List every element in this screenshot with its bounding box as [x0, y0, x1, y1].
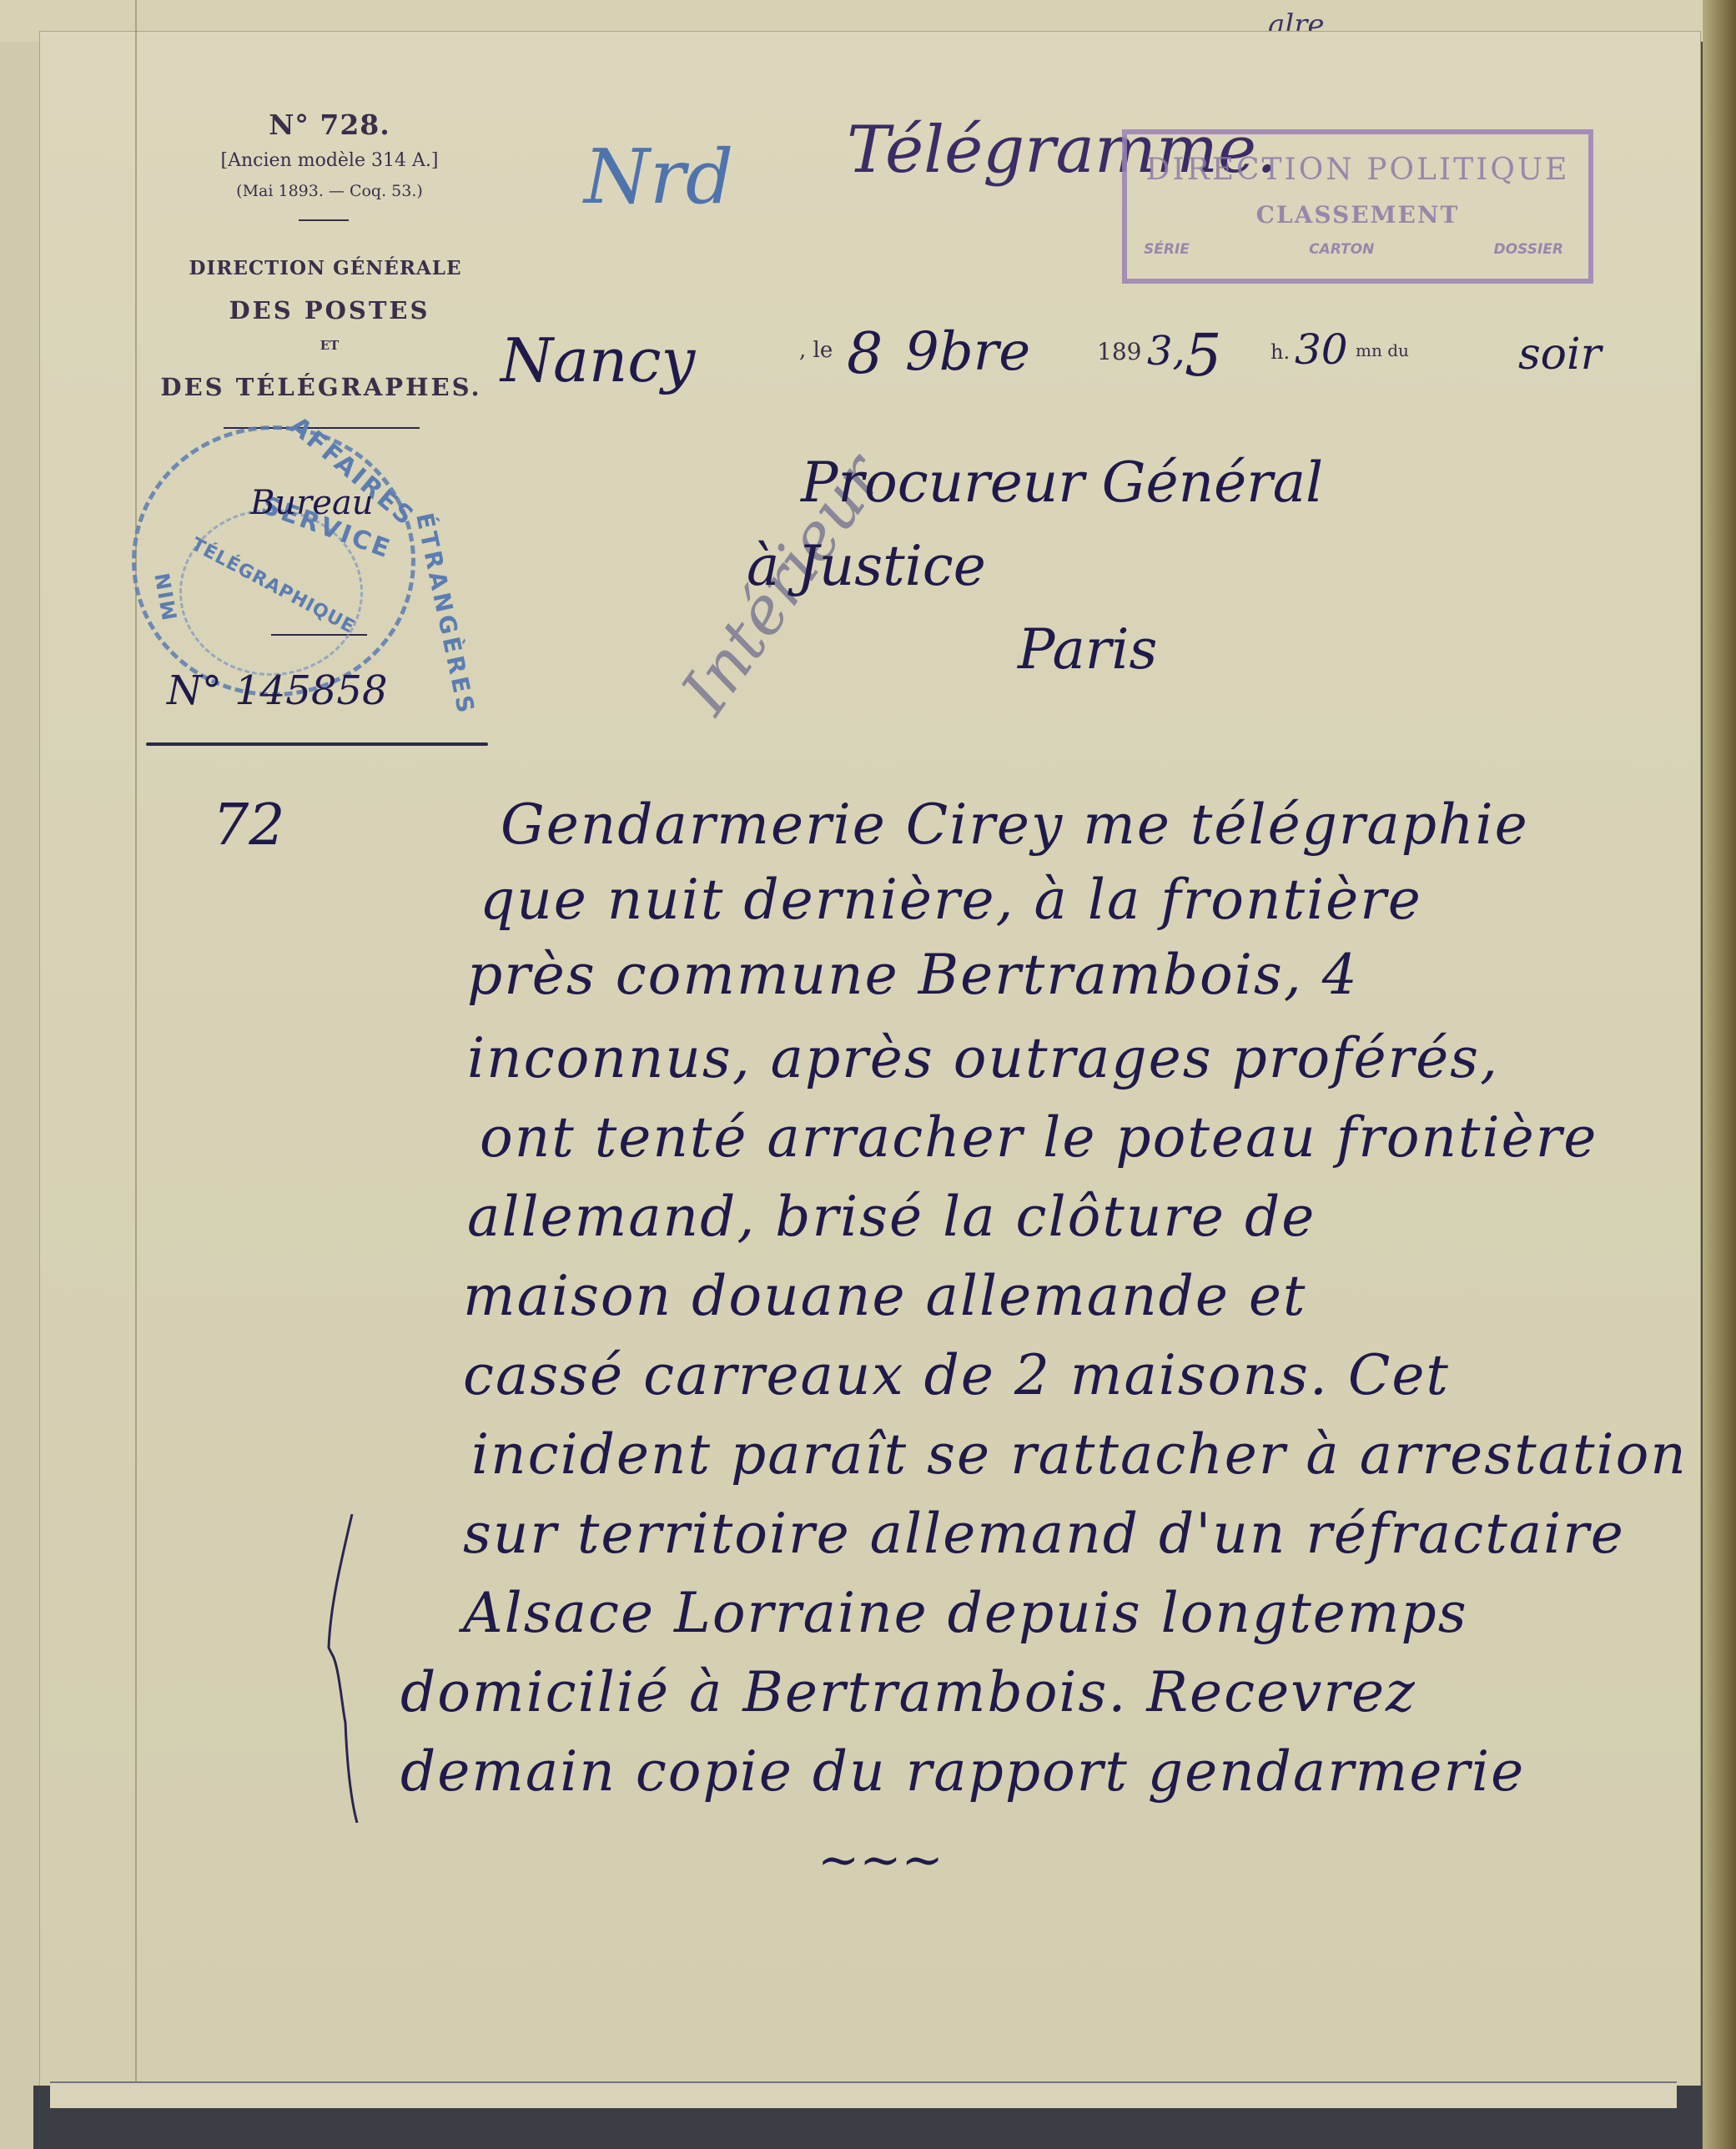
classement-stamp: DIRECTION POLITIQUE CLASSEMENT SÉRIE CAR… — [1122, 129, 1593, 284]
page-right-edge — [1703, 0, 1736, 2149]
date-le-label: , le — [799, 338, 833, 363]
closing-flourish: ~~~ — [818, 1831, 943, 1890]
stamp-field-carton: CARTON — [1309, 241, 1374, 258]
body-line: sur territoire allemand d'un réfractaire — [463, 1502, 1625, 1566]
print-info-label: (Mai 1893. — Coq. 53.) — [184, 182, 476, 200]
numero-rule — [146, 742, 488, 746]
stamp-direction-politique: DIRECTION POLITIQUE — [1127, 153, 1588, 187]
des-postes-label: DES POSTES — [192, 296, 467, 325]
body-line: domicilié à Bertrambois. Recevrez — [400, 1660, 1416, 1724]
time-minutes: 30 — [1295, 325, 1348, 374]
form-number: N° 728. — [209, 108, 450, 141]
date-day: 8 — [847, 321, 883, 387]
bureau-label: Bureau — [250, 484, 374, 522]
minutes-label: mn du — [1356, 340, 1409, 360]
stamp-classement: CLASSEMENT — [1127, 201, 1588, 229]
body-line: incident paraît se rattacher à arrestati… — [471, 1422, 1688, 1487]
body-line: allemand, brisé la clôture de — [467, 1185, 1316, 1249]
et-label: ET — [292, 338, 367, 353]
body-line: maison douane allemande et — [463, 1264, 1306, 1328]
body-line: près commune Bertrambois, 4 — [467, 943, 1359, 1007]
page-number: 72 — [213, 793, 285, 858]
des-telegraphes-label: DES TÉLÉGRAPHES. — [146, 373, 496, 401]
recipient-city: Paris — [1018, 617, 1157, 682]
body-line: inconnus, après outrages proférés, — [467, 1026, 1499, 1090]
body-line: ont tenté arracher le poteau frontière — [480, 1105, 1598, 1170]
date-year-handwritten: 3, — [1147, 328, 1185, 375]
recipient-title: Procureur Général — [801, 450, 1323, 515]
margin-rule — [135, 0, 137, 2086]
time-hour: 5 — [1185, 321, 1222, 390]
telegram-number: N° 145858 — [167, 667, 388, 714]
recipient-ministry: à Justice — [747, 534, 986, 598]
date-month: 9bre — [905, 321, 1030, 383]
origin-place: Nancy — [501, 325, 695, 395]
hour-label: h. — [1271, 340, 1290, 364]
body-line: demain copie du rapport gendarmerie — [400, 1739, 1525, 1804]
stamp-field-dossier: DOSSIER — [1494, 241, 1563, 258]
body-line: Gendarmerie Cirey me télégraphie — [501, 793, 1529, 857]
stamp-field-serie: SÉRIE — [1144, 241, 1190, 258]
body-line: que nuit dernière, à la frontière — [480, 868, 1422, 932]
date-year-printed: 189 — [1097, 338, 1141, 365]
time-period: soir — [1518, 330, 1601, 380]
stacked-sheets-edge — [50, 2081, 1677, 2108]
blue-pencil-annotation: Nrd — [584, 133, 733, 221]
direction-generale-label: DIRECTION GÉNÉRALE — [150, 257, 501, 279]
stamp-fields: SÉRIE CARTON DOSSIER — [1144, 241, 1563, 258]
margin-bracket — [324, 1514, 365, 1823]
body-line: cassé carreaux de 2 maisons. Cet — [463, 1343, 1450, 1407]
body-line: Alsace Lorraine depuis longtemps — [463, 1581, 1468, 1645]
header-divider — [299, 219, 349, 221]
former-model-label: [Ancien modèle 314 A.] — [179, 150, 480, 171]
